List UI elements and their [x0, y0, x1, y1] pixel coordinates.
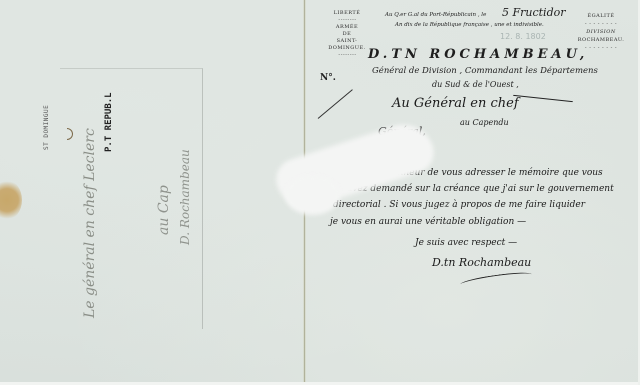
- wax-stain: [0, 180, 22, 220]
- addressee-underline: [513, 95, 573, 102]
- number-label: N°.: [320, 73, 336, 83]
- verso-address: Le général en chef Leclerc: [82, 128, 98, 318]
- verso-docket-line2: D. Rochambeau: [178, 149, 192, 245]
- division-line1: DIVISION: [576, 28, 626, 36]
- motto-liberte: LIBERTÉ: [318, 10, 376, 17]
- header-republic-year: An dix de la République française , une …: [395, 22, 565, 28]
- verso-docket-line1: au Cap: [156, 185, 172, 235]
- letterhead-right-block: ÉGALITÉ - - - - - - - - DIVISION ROCHAMB…: [576, 12, 626, 52]
- army-line1: ARMÉE: [318, 24, 376, 31]
- sender-name: D.TN ROCHAMBEAU,: [368, 47, 588, 62]
- body-line: je vous en aurai une véritable obligatio…: [330, 217, 526, 227]
- separator: - - - - - - - -: [318, 17, 376, 24]
- separator: - - - - - - - -: [576, 20, 626, 28]
- pencil-date: 12. 8. 1802: [500, 32, 546, 41]
- handwritten-date: 5 Fructidor: [502, 6, 566, 19]
- addressee: Au Général en chef: [392, 96, 519, 111]
- document-scan: ST DOMINGUE P.T REPUB.L Le général en ch…: [0, 0, 640, 385]
- body-line: directorial . Si vous jugez à propos de …: [333, 200, 585, 210]
- place-note: au Capendu: [460, 118, 509, 127]
- closing: Je suis avec respect —: [415, 238, 517, 248]
- army-line2: DE: [318, 31, 376, 38]
- division-line2: ROCHAMBEAU.: [576, 36, 626, 44]
- sender-title: Général de Division , Commandant les Dép…: [372, 66, 598, 76]
- sender-subtitle: du Sud & de l'Ouest ,: [432, 80, 519, 89]
- signature-flourish: [460, 270, 533, 289]
- pen-stroke: [318, 89, 353, 119]
- signature: D.tn Rochambeau: [432, 256, 531, 269]
- postal-stamp-department: P.T REPUB.L: [104, 92, 114, 152]
- postal-stamp-small: ST DOMINGUE: [43, 105, 50, 150]
- motto-egalite: ÉGALITÉ: [576, 12, 626, 20]
- paper-damage-patch: [285, 175, 340, 215]
